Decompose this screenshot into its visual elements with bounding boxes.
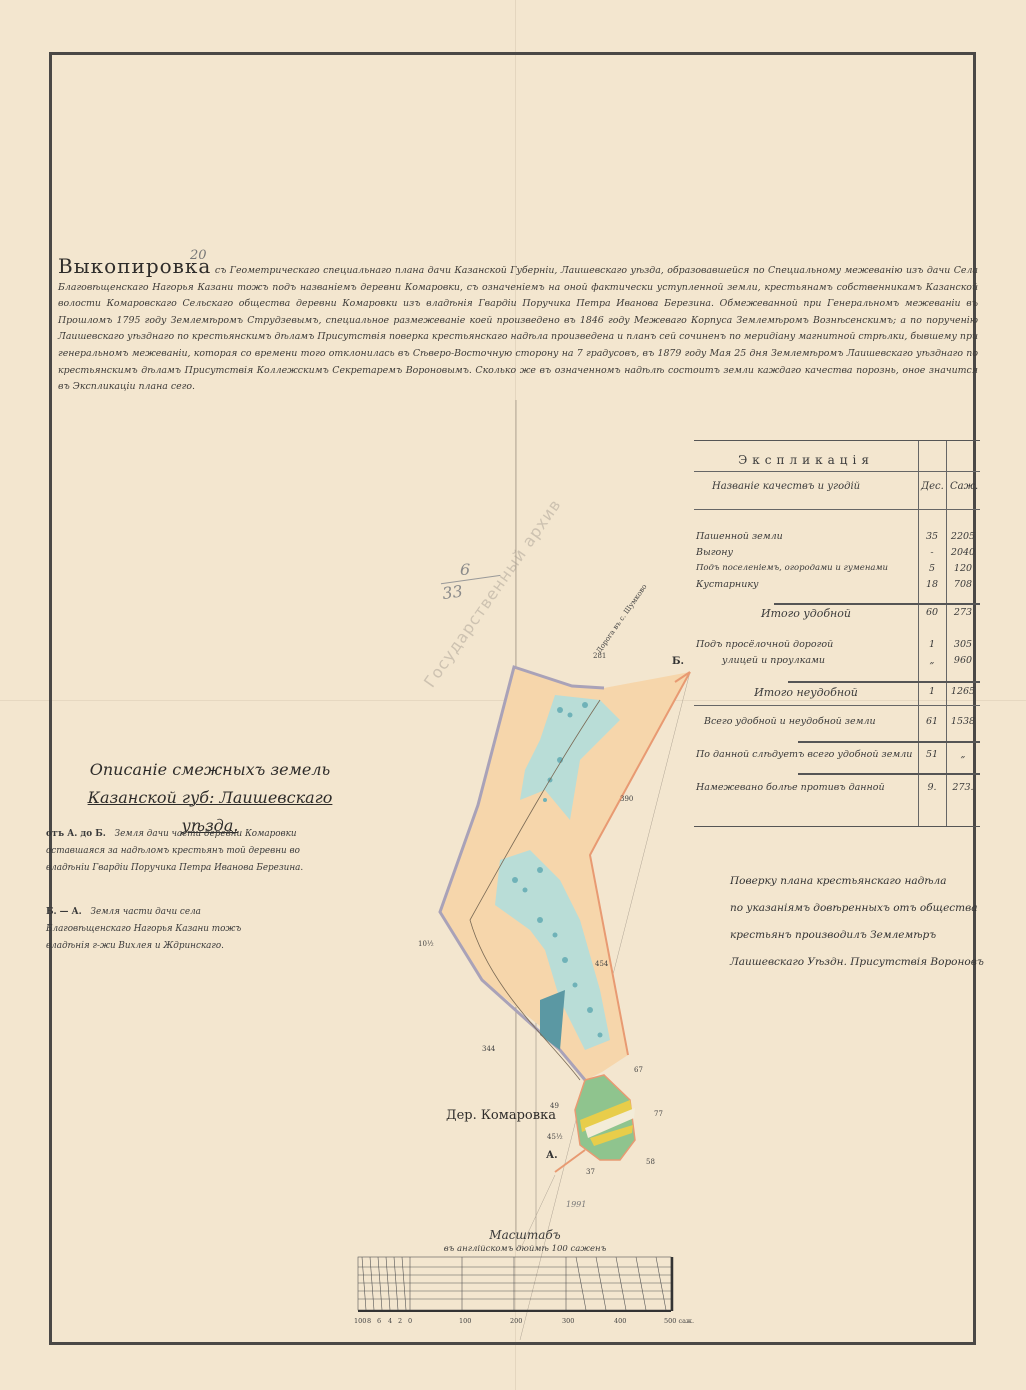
point-b-label: Б. [672, 656, 684, 667]
parcel-number: 37 [586, 1168, 595, 1176]
signature-line: Лаишевскаго Уѣздн. Присутствія Вороновъ [730, 949, 1000, 976]
table-row: Подъ просёлочной дорогой 1 305 [694, 639, 980, 655]
row-des: 1 [918, 686, 946, 697]
row-label: Итого удобной [694, 607, 918, 620]
row-des: 60 [918, 607, 946, 618]
pencil-figure: 1991 [566, 1200, 586, 1209]
item-key: Б. — А. [46, 907, 82, 917]
row-label: Подъ поселеніемъ, огородами и гуменами [696, 563, 888, 573]
parcel-number: 49 [550, 1102, 559, 1110]
table-rule [798, 741, 980, 743]
row-des: 1 [918, 639, 946, 650]
scale-tick: 4 [388, 1317, 392, 1325]
surveyor-signature: Поверку плана крестьянскаго надѣла по ук… [730, 868, 1000, 976]
table-row-total-useful: Итого удобной 60 273 [694, 607, 980, 623]
scale-tick: 500 саж. [664, 1317, 694, 1325]
row-label: Пашенной земли [696, 531, 783, 542]
scale-subtitle: въ англійскомъ дюймѣ 100 саженъ [330, 1244, 720, 1254]
table-row: Пашенной земли 35 2205 [694, 531, 980, 547]
row-label: улицей и проулками [722, 655, 825, 666]
scale-tick: 8 [367, 1317, 371, 1325]
row-des: 5 [918, 563, 946, 574]
row-label: Подъ просёлочной дорогой [696, 639, 833, 650]
parcel-number: 281 [593, 652, 606, 660]
row-saz: 305 [946, 639, 980, 650]
row-label: По данной слѣдуетъ всего удобной земли [696, 749, 912, 760]
table-row: улицей и проулками „ 960 [694, 655, 980, 671]
table-row: Кустарнику 18 708 [694, 579, 980, 595]
parcel-number: 67 [634, 1066, 643, 1074]
table-row-grand-total: Всего удобной и неудобной земли 61 1538 [694, 716, 980, 732]
row-des: „ [918, 655, 946, 666]
row-saz: 1265 [946, 686, 980, 697]
table-rule [798, 773, 980, 775]
scale-tick: 6 [377, 1317, 381, 1325]
row-des: 9. [918, 782, 946, 793]
scale-tick: 100 [459, 1317, 471, 1325]
table-row: Выгону - 2040 [694, 547, 980, 563]
row-label: Итого неудобной [694, 686, 918, 699]
adjacent-land-item: Б. — А. Земля части дачи села Благовѣщен… [46, 904, 286, 955]
table-row-total-unuseful: Итого неудобной 1 1265 [694, 686, 980, 702]
adjacent-land-item: отъ А. до Б. Земля дачи части деревни Ко… [46, 826, 316, 877]
row-label: Всего удобной и неудобной земли [704, 716, 876, 727]
table-rule [694, 509, 980, 510]
row-saz: 273 [946, 607, 980, 618]
table-rule [694, 705, 980, 706]
table-rule [774, 603, 980, 605]
title-line: Описаніе смежныхъ земель [60, 756, 360, 784]
row-label: Кустарнику [696, 579, 759, 590]
row-label: Выгону [696, 547, 733, 558]
row-saz: 2040 [946, 547, 980, 558]
row-des: 51 [918, 749, 946, 760]
item-key: отъ А. до Б. [46, 829, 106, 839]
row-saz: 1538 [946, 716, 980, 727]
column-header-saz: Саж. [950, 481, 978, 492]
row-saz: 960 [946, 655, 980, 666]
row-label: Намежевано болѣе противъ данной [696, 782, 885, 793]
signature-line: по указаніямъ довѣренныхъ отъ общества [730, 895, 1000, 922]
table-column-divider [946, 441, 947, 826]
parcel-number: 454 [595, 960, 608, 968]
row-label-text: просёлочной дорогой [725, 639, 833, 650]
row-des: 61 [918, 716, 946, 727]
row-des: 18 [918, 579, 946, 590]
parcel-number: 77 [654, 1110, 663, 1118]
row-saz: 120 [946, 563, 980, 574]
column-header-name: Названіе качествъ и угодій [712, 481, 860, 492]
parcel-number: 10½ [418, 940, 434, 948]
table-rule [788, 681, 980, 683]
village-label: Дер. Комаровка [446, 1108, 556, 1123]
table-row-by-grant: По данной слѣдуетъ всего удобной земли 5… [694, 749, 980, 765]
row-saz: 708 [946, 579, 980, 590]
scale-title: Масштабъ [330, 1228, 720, 1242]
table-column-divider [918, 441, 919, 826]
signature-line: крестьянъ производилъ Землемѣръ [730, 922, 1000, 949]
column-header-des: Дес. [921, 481, 944, 492]
parcel-number: 58 [646, 1158, 655, 1166]
signature-line: Поверку плана крестьянскаго надѣла [730, 868, 1000, 895]
table-row: Подъ поселеніемъ, огородами и гуменами 5… [694, 563, 980, 579]
row-prefix: Подъ [696, 639, 722, 650]
row-des: - [918, 547, 946, 558]
row-saz: „ [946, 749, 980, 760]
scale-tick: 300 [562, 1317, 574, 1325]
row-des: 35 [918, 531, 946, 542]
scale-tick: 2 [398, 1317, 402, 1325]
row-saz: 2205 [946, 531, 980, 542]
scale-tick: 100 [354, 1317, 366, 1325]
point-a-label: А. [546, 1150, 558, 1161]
parcel-number: 344 [482, 1045, 495, 1053]
scale-tick: 0 [408, 1317, 412, 1325]
explication-title: Экспликація [694, 453, 918, 467]
table-rule [694, 471, 980, 472]
parcel-number: 45½ [547, 1133, 563, 1141]
explication-table: Экспликація Названіе качествъ и угодій Д… [694, 440, 980, 827]
scale-tick: 400 [614, 1317, 626, 1325]
row-saz: 273. [946, 782, 980, 793]
scale-tick: 200 [510, 1317, 522, 1325]
table-row-excess: Намежевано болѣе противъ данной 9. 273. [694, 782, 980, 798]
parcel-number: 390 [620, 795, 633, 803]
